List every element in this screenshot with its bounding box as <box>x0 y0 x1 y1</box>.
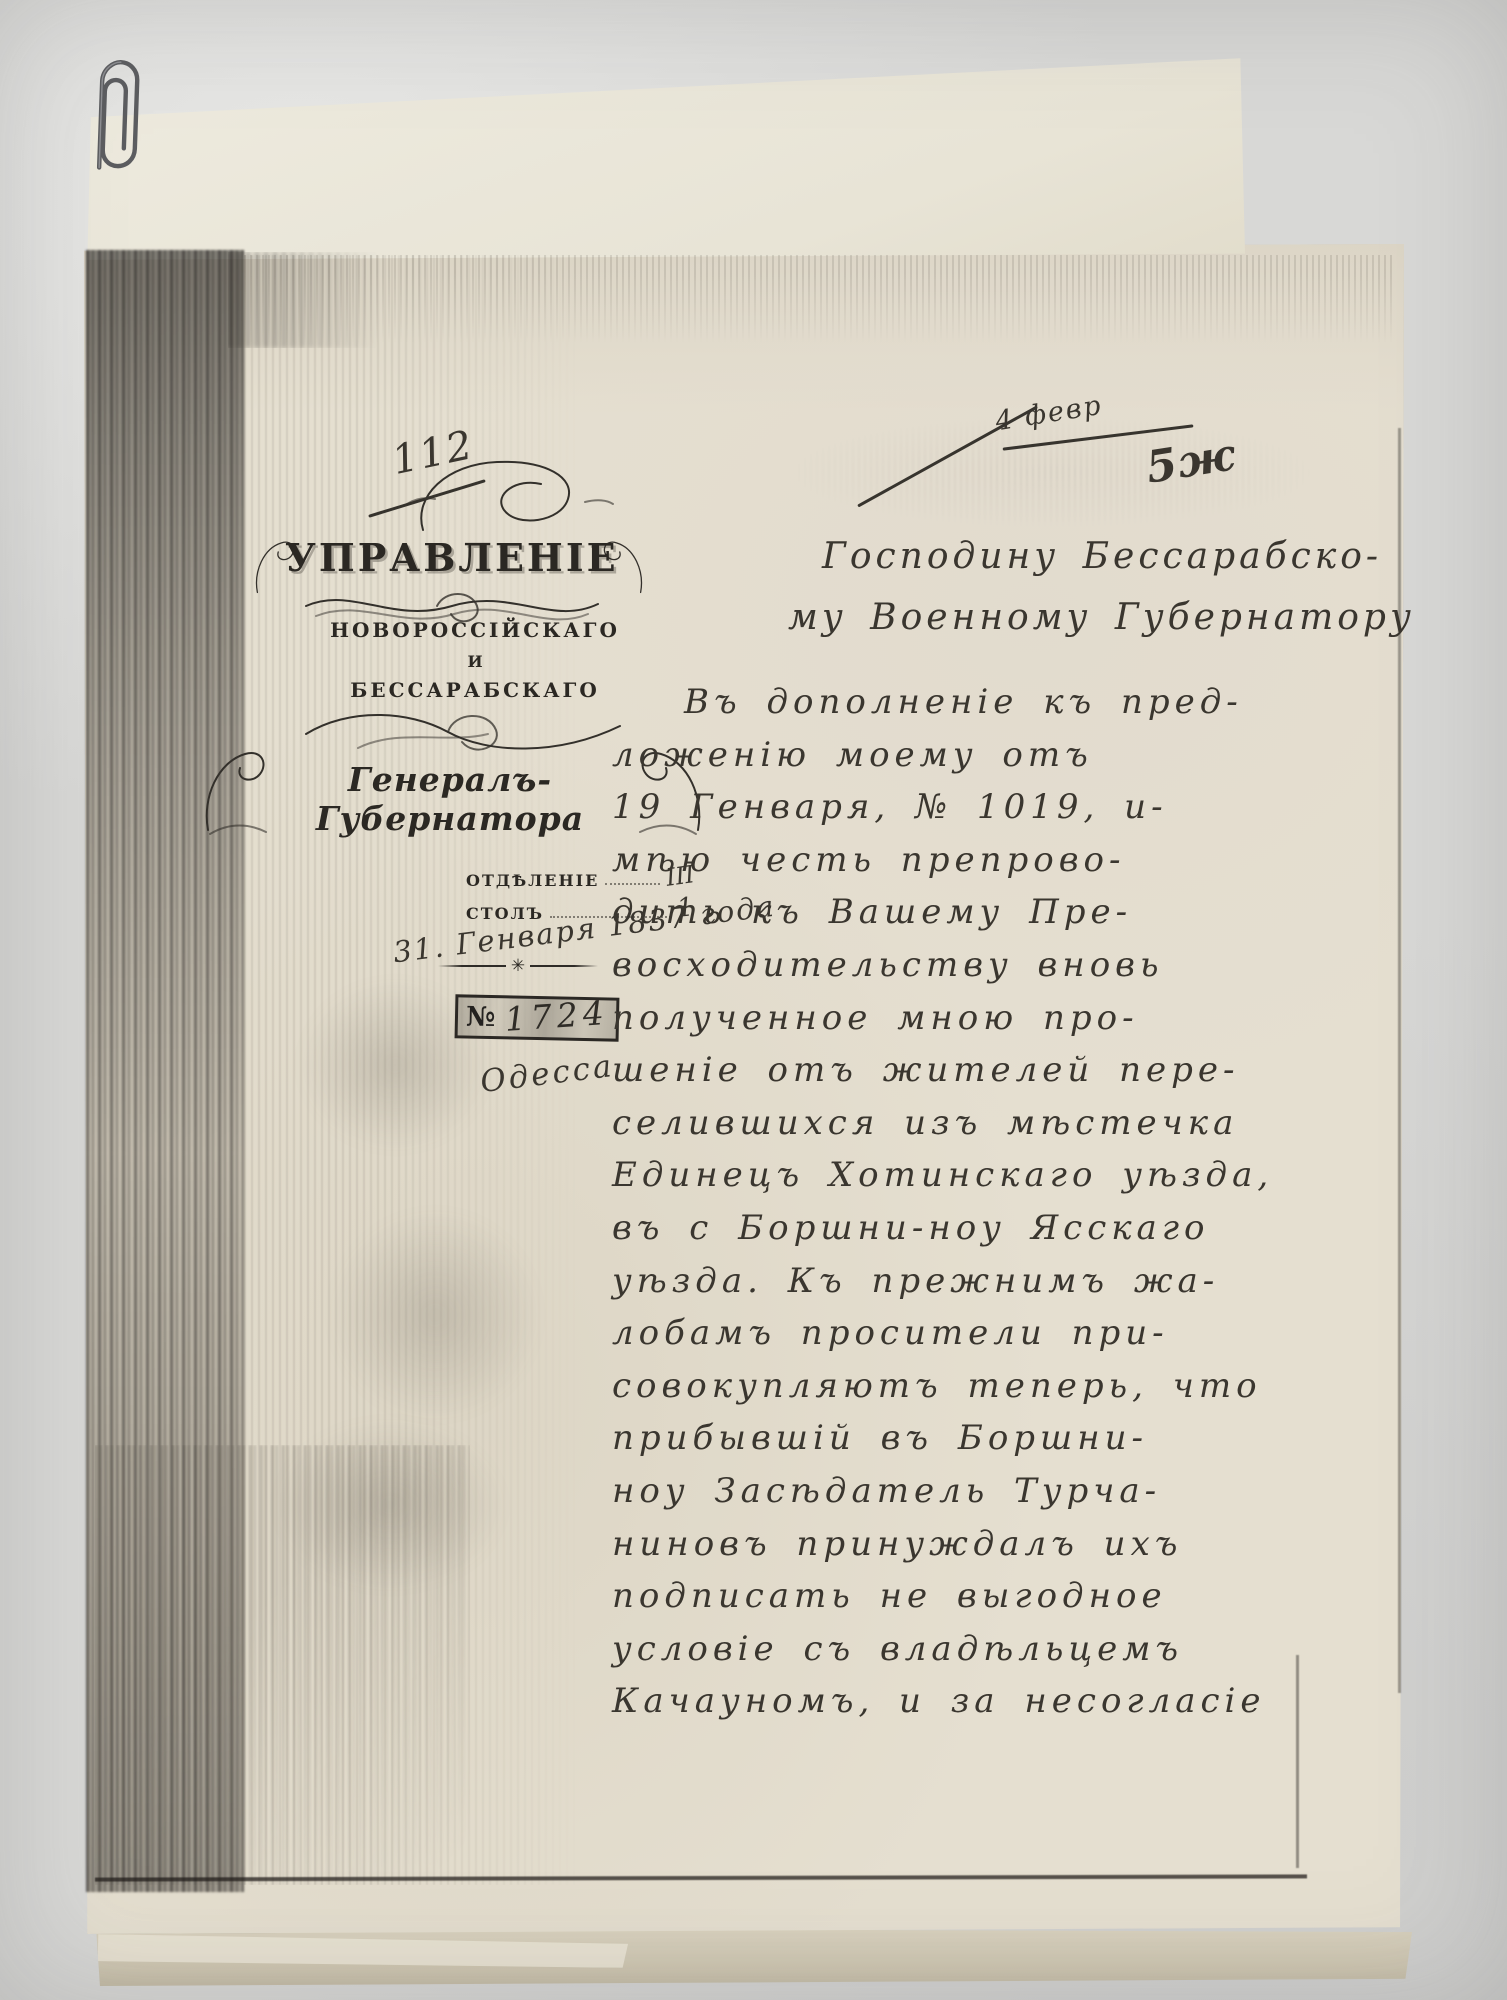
letter-body: Въ дополненіе къ пред- ложенію моему отъ… <box>612 676 1412 1728</box>
handwritten-line: дить къ Вашему Пре- <box>612 886 1412 939</box>
letterhead-conjunction: И <box>395 652 555 671</box>
address-line: Господину Бессарабско- <box>822 536 1382 577</box>
handwritten-line: ниновъ принуждалъ ихъ <box>612 1518 1412 1571</box>
department-label: ОТДѢЛЕНІЕ <box>466 871 599 890</box>
flourish-middle-swirl <box>298 704 628 766</box>
handwritten-line: въ с Боршни-ноу Ясскаго <box>612 1202 1412 1255</box>
photo-surface: 112 <box>0 0 1507 2000</box>
handwritten-line: условіе съ владѣльцемъ <box>612 1623 1412 1676</box>
handwritten-line: уѣзда. Къ прежнимъ жа- <box>612 1255 1412 1308</box>
handwritten-line: ноу Засѣдатель Турча- <box>612 1465 1412 1518</box>
letterhead-region-novorossiysk: НОВОРОССІЙСКАГО <box>330 618 620 642</box>
handwritten-line: ложенію моему отъ <box>612 729 1412 782</box>
top-cover-sheet <box>85 52 1245 262</box>
handwritten-line: Качауномъ, и за несогласіе <box>612 1675 1412 1728</box>
document-number-stamp: № 1724 <box>455 994 620 1041</box>
handwritten-line: восходительству вновь <box>612 939 1412 992</box>
handwritten-line: полученное мною про- <box>612 992 1412 1045</box>
handwritten-line: 19 Генваря, № 1019, и- <box>612 781 1412 834</box>
handwritten-line: шеніе отъ жителей пере- <box>612 1044 1412 1097</box>
letterhead-title: УПРАВЛЕНІЕ <box>285 535 615 580</box>
divider-line-left <box>438 965 506 968</box>
numero-sign: № <box>466 1001 496 1033</box>
paperclip-icon <box>86 55 144 175</box>
handwritten-line: Единецъ Хотинскаго уѣзда, <box>612 1149 1412 1202</box>
letterhead-office: Генералъ-Губернатора <box>245 760 655 838</box>
address-line: му Военному Губернатору <box>788 597 1415 638</box>
divider-line-right <box>530 965 598 968</box>
handwritten-line: совокупляютъ теперь, что <box>612 1360 1412 1413</box>
document-number-value: 1724 <box>504 993 610 1039</box>
handwritten-line: лобамъ просители при- <box>612 1307 1412 1360</box>
letterhead-region-bessarabia: БЕССАРАБСКАГО <box>340 678 610 702</box>
handwritten-line: селившихся изъ мѣстечка <box>612 1097 1412 1150</box>
star-divider-icon: ✳ <box>506 956 530 976</box>
handwritten-line: подписать не выгодное <box>612 1570 1412 1623</box>
handwritten-line: Въ дополненіе къ пред- <box>612 676 1412 729</box>
handwritten-line: прибывшій въ Боршни- <box>612 1412 1412 1465</box>
handwritten-line: мѣю честь препрово- <box>612 834 1412 887</box>
